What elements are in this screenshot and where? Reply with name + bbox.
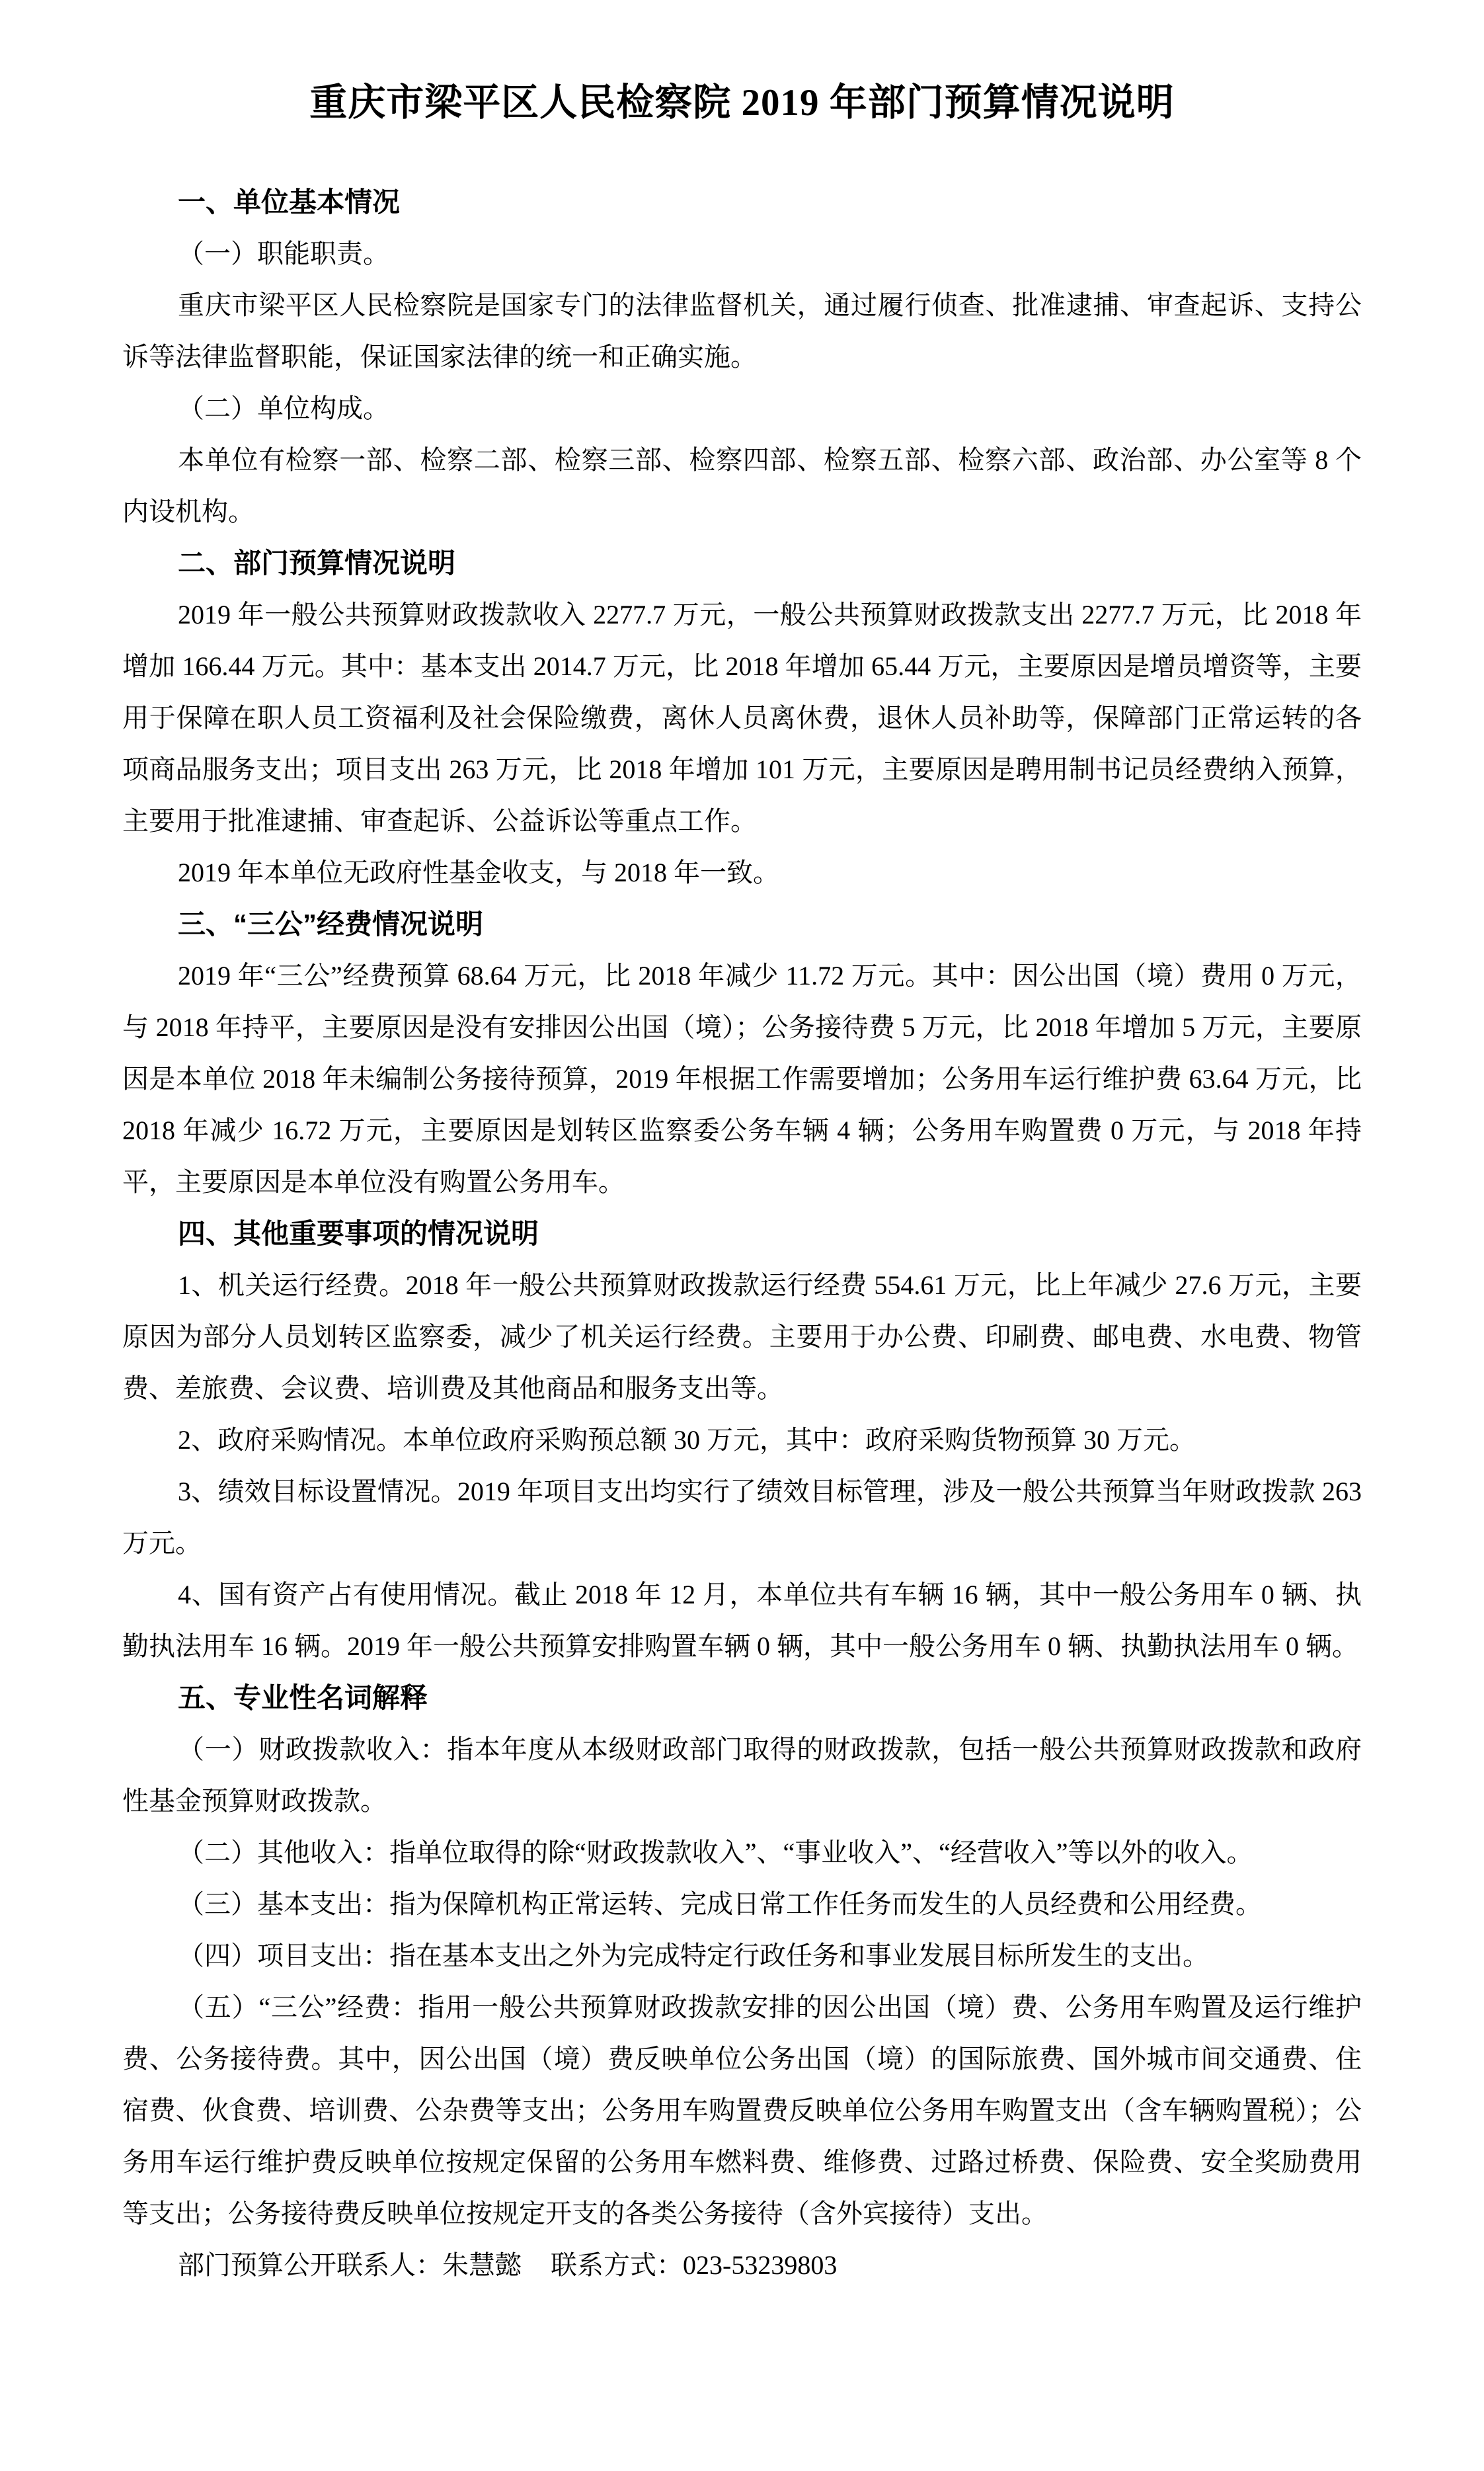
contact-phone-label: 联系方式： bbox=[551, 2250, 683, 2280]
paragraph-term-three-public: （五）“三公”经费：指用一般公共预算财政拨款安排的因公出国（境）费、公务用车购置… bbox=[122, 1982, 1362, 2240]
paragraph-gov-fund: 2019 年本单位无政府性基金收支，与 2018 年一致。 bbox=[122, 847, 1362, 899]
document-page: 重庆市梁平区人民检察院 2019 年部门预算情况说明 一、单位基本情况 （一）职… bbox=[0, 0, 1484, 2471]
paragraph-three-public-detail: 2019 年“三公”经费预算 68.64 万元，比 2018 年减少 11.72… bbox=[122, 950, 1362, 1208]
paragraph-procurement: 2、政府采购情况。本单位政府采购预总额 30 万元，其中：政府采购货物预算 30… bbox=[122, 1414, 1362, 1466]
paragraph-operating-expense: 1、机关运行经费。2018 年一般公共预算财政拨款运行经费 554.61 万元，… bbox=[122, 1260, 1362, 1414]
paragraph-duties-label: （一）职能职责。 bbox=[122, 228, 1362, 280]
contact-phone: 023-53239803 bbox=[683, 2250, 837, 2280]
document-title: 重庆市梁平区人民检察院 2019 年部门预算情况说明 bbox=[122, 78, 1362, 129]
section-heading-glossary: 五、专业性名词解释 bbox=[122, 1672, 1362, 1724]
paragraph-term-fiscal-income: （一）财政拨款收入：指本年度从本级财政部门取得的财政拨款，包括一般公共预算财政拨… bbox=[122, 1724, 1362, 1827]
paragraph-term-project-expense: （四）项目支出：指在基本支出之外为完成特定行政任务和事业发展目标所发生的支出。 bbox=[122, 1930, 1362, 1982]
paragraph-structure-label: （二）单位构成。 bbox=[122, 383, 1362, 434]
section-heading-basic-info: 一、单位基本情况 bbox=[122, 177, 1362, 228]
paragraph-structure-body: 本单位有检察一部、检察二部、检察三部、检察四部、检察五部、检察六部、政治部、办公… bbox=[122, 434, 1362, 538]
paragraph-term-basic-expense: （三）基本支出：指为保障机构正常运转、完成日常工作任务而发生的人员经费和公用经费… bbox=[122, 1879, 1362, 1930]
section-heading-three-public: 三、“三公”经费情况说明 bbox=[122, 899, 1362, 950]
section-heading-budget: 二、部门预算情况说明 bbox=[122, 538, 1362, 589]
document-body: 重庆市梁平区人民检察院 2019 年部门预算情况说明 一、单位基本情况 （一）职… bbox=[0, 0, 1484, 2291]
paragraph-budget-detail: 2019 年一般公共预算财政拨款收入 2277.7 万元，一般公共预算财政拨款支… bbox=[122, 589, 1362, 847]
paragraph-performance-targets: 3、绩效目标设置情况。2019 年项目支出均实行了绩效目标管理，涉及一般公共预算… bbox=[122, 1466, 1362, 1569]
paragraph-duties-body: 重庆市梁平区人民检察院是国家专门的法律监督机关，通过履行侦查、批准逮捕、审查起诉… bbox=[122, 280, 1362, 383]
section-heading-other-matters: 四、其他重要事项的情况说明 bbox=[122, 1208, 1362, 1260]
contact-line: 部门预算公开联系人：朱慧懿联系方式：023-53239803 bbox=[122, 2240, 1362, 2291]
contact-label: 部门预算公开联系人： bbox=[178, 2250, 442, 2280]
paragraph-state-assets: 4、国有资产占有使用情况。截止 2018 年 12 月，本单位共有车辆 16 辆… bbox=[122, 1569, 1362, 1672]
paragraph-term-other-income: （二）其他收入：指单位取得的除“财政拨款收入”、“事业收入”、“经营收入”等以外… bbox=[122, 1827, 1362, 1879]
contact-name: 朱慧懿 bbox=[442, 2250, 522, 2280]
